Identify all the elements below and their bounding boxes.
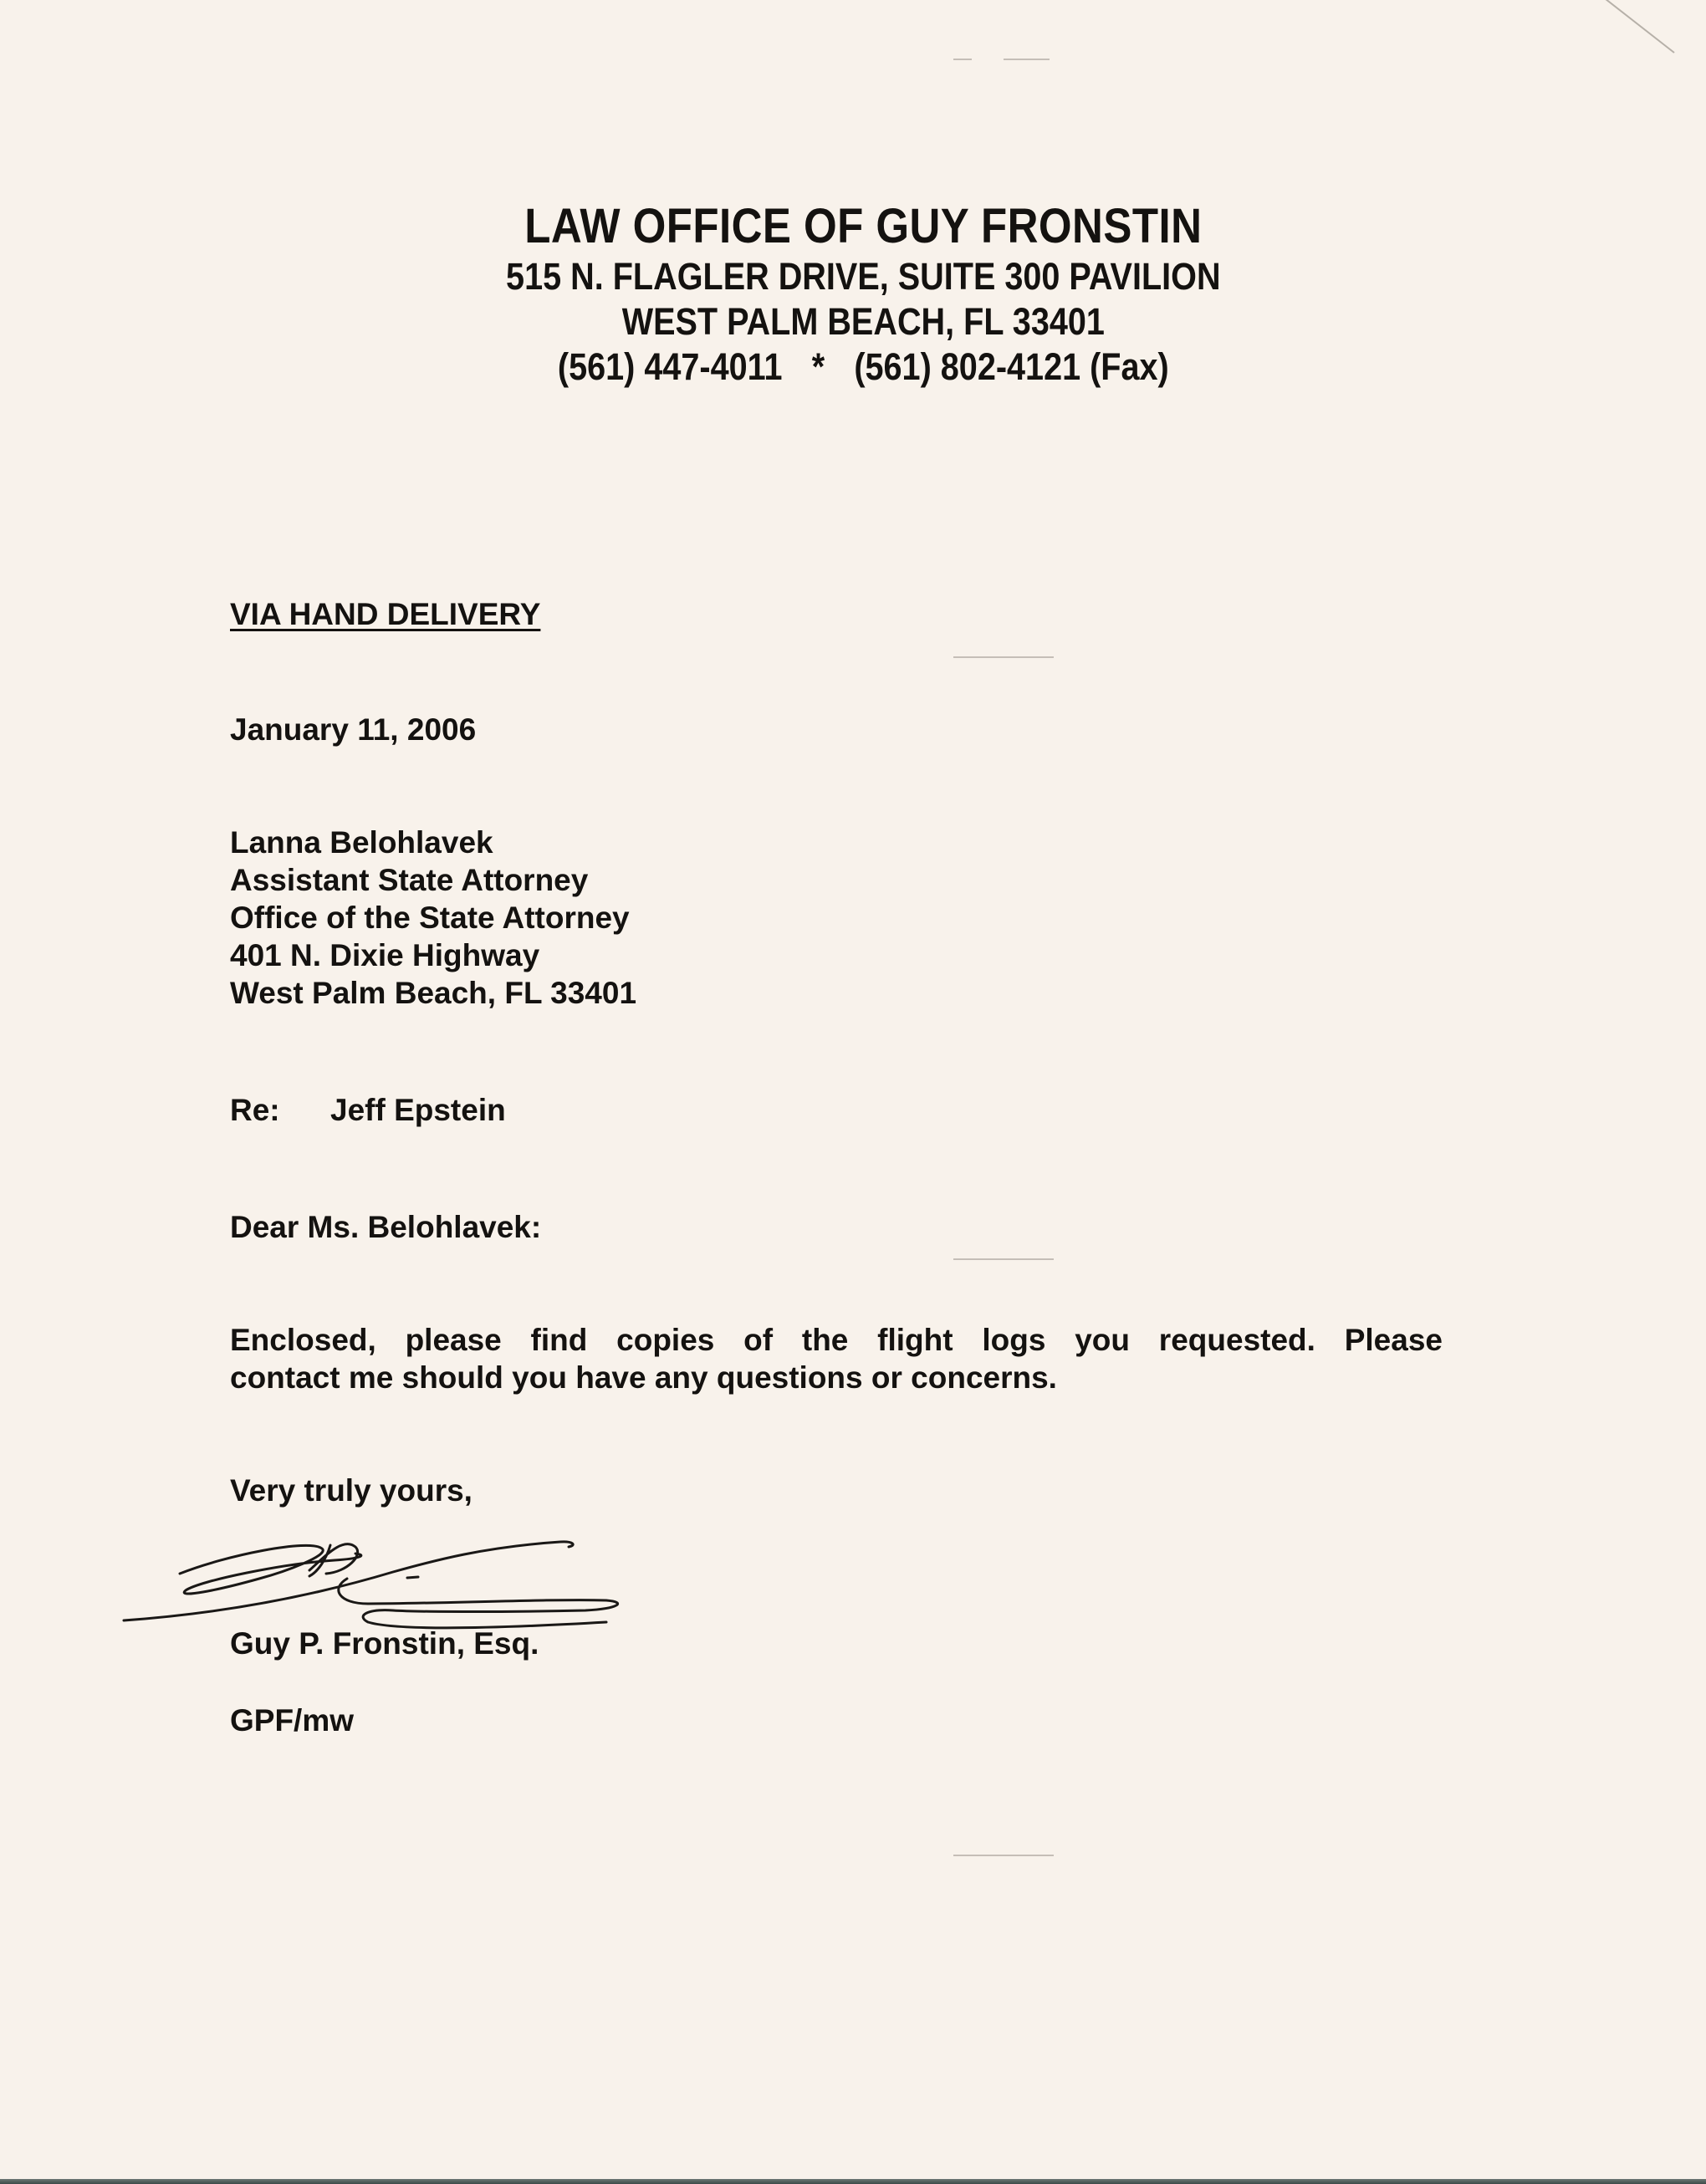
body-line: contact me should you have any questions…: [230, 1359, 1443, 1396]
body-line: Enclosed, please find copies of the flig…: [230, 1321, 1443, 1359]
contact-separator: *: [812, 344, 825, 390]
firm-contact-line: (561) 447-4011*(561) 802-4121 (Fax): [102, 344, 1603, 390]
salutation: Dear Ms. Belohlavek:: [230, 1208, 541, 1246]
firm-fax: (561) 802-4121 (Fax): [854, 345, 1168, 388]
letter-date: January 11, 2006: [230, 711, 476, 748]
reference-line: Re:Jeff Epstein: [230, 1091, 506, 1129]
typist-initials: GPF/mw: [230, 1702, 354, 1739]
scan-speck: [953, 656, 1054, 658]
recipient-name: Lanna Belohlavek: [230, 824, 636, 861]
recipient-street: 401 N. Dixie Highway: [230, 936, 636, 974]
closing: Very truly yours,: [230, 1472, 472, 1509]
recipient-office: Office of the State Attorney: [230, 899, 636, 936]
scan-speck: [953, 1855, 1054, 1856]
firm-phone: (561) 447-4011: [558, 345, 783, 388]
reference-subject: Jeff Epstein: [330, 1093, 506, 1127]
firm-address-city: WEST PALM BEACH, FL 33401: [102, 299, 1603, 344]
firm-name: LAW OFFICE OF GUY FRONSTIN: [102, 201, 1603, 253]
scan-speck: [1004, 59, 1050, 60]
recipient-block: Lanna Belohlavek Assistant State Attorne…: [230, 824, 636, 1012]
signer-name: Guy P. Fronstin, Esq.: [230, 1625, 539, 1662]
paper-crease: [1601, 0, 1675, 54]
delivery-method: VIA HAND DELIVERY: [230, 595, 540, 633]
letter-page: LAW OFFICE OF GUY FRONSTIN 515 N. FLAGLE…: [0, 0, 1706, 2184]
letter-body: Enclosed, please find copies of the flig…: [230, 1321, 1443, 1396]
letterhead: LAW OFFICE OF GUY FRONSTIN 515 N. FLAGLE…: [102, 201, 1603, 390]
page-bottom-edge: [0, 2179, 1706, 2184]
reference-label: Re:: [230, 1091, 330, 1129]
scan-speck: [953, 1258, 1054, 1260]
scan-speck: [953, 59, 972, 60]
recipient-title: Assistant State Attorney: [230, 861, 636, 899]
recipient-city: West Palm Beach, FL 33401: [230, 974, 636, 1012]
firm-address-street: 515 N. FLAGLER DRIVE, SUITE 300 PAVILION: [102, 254, 1603, 299]
